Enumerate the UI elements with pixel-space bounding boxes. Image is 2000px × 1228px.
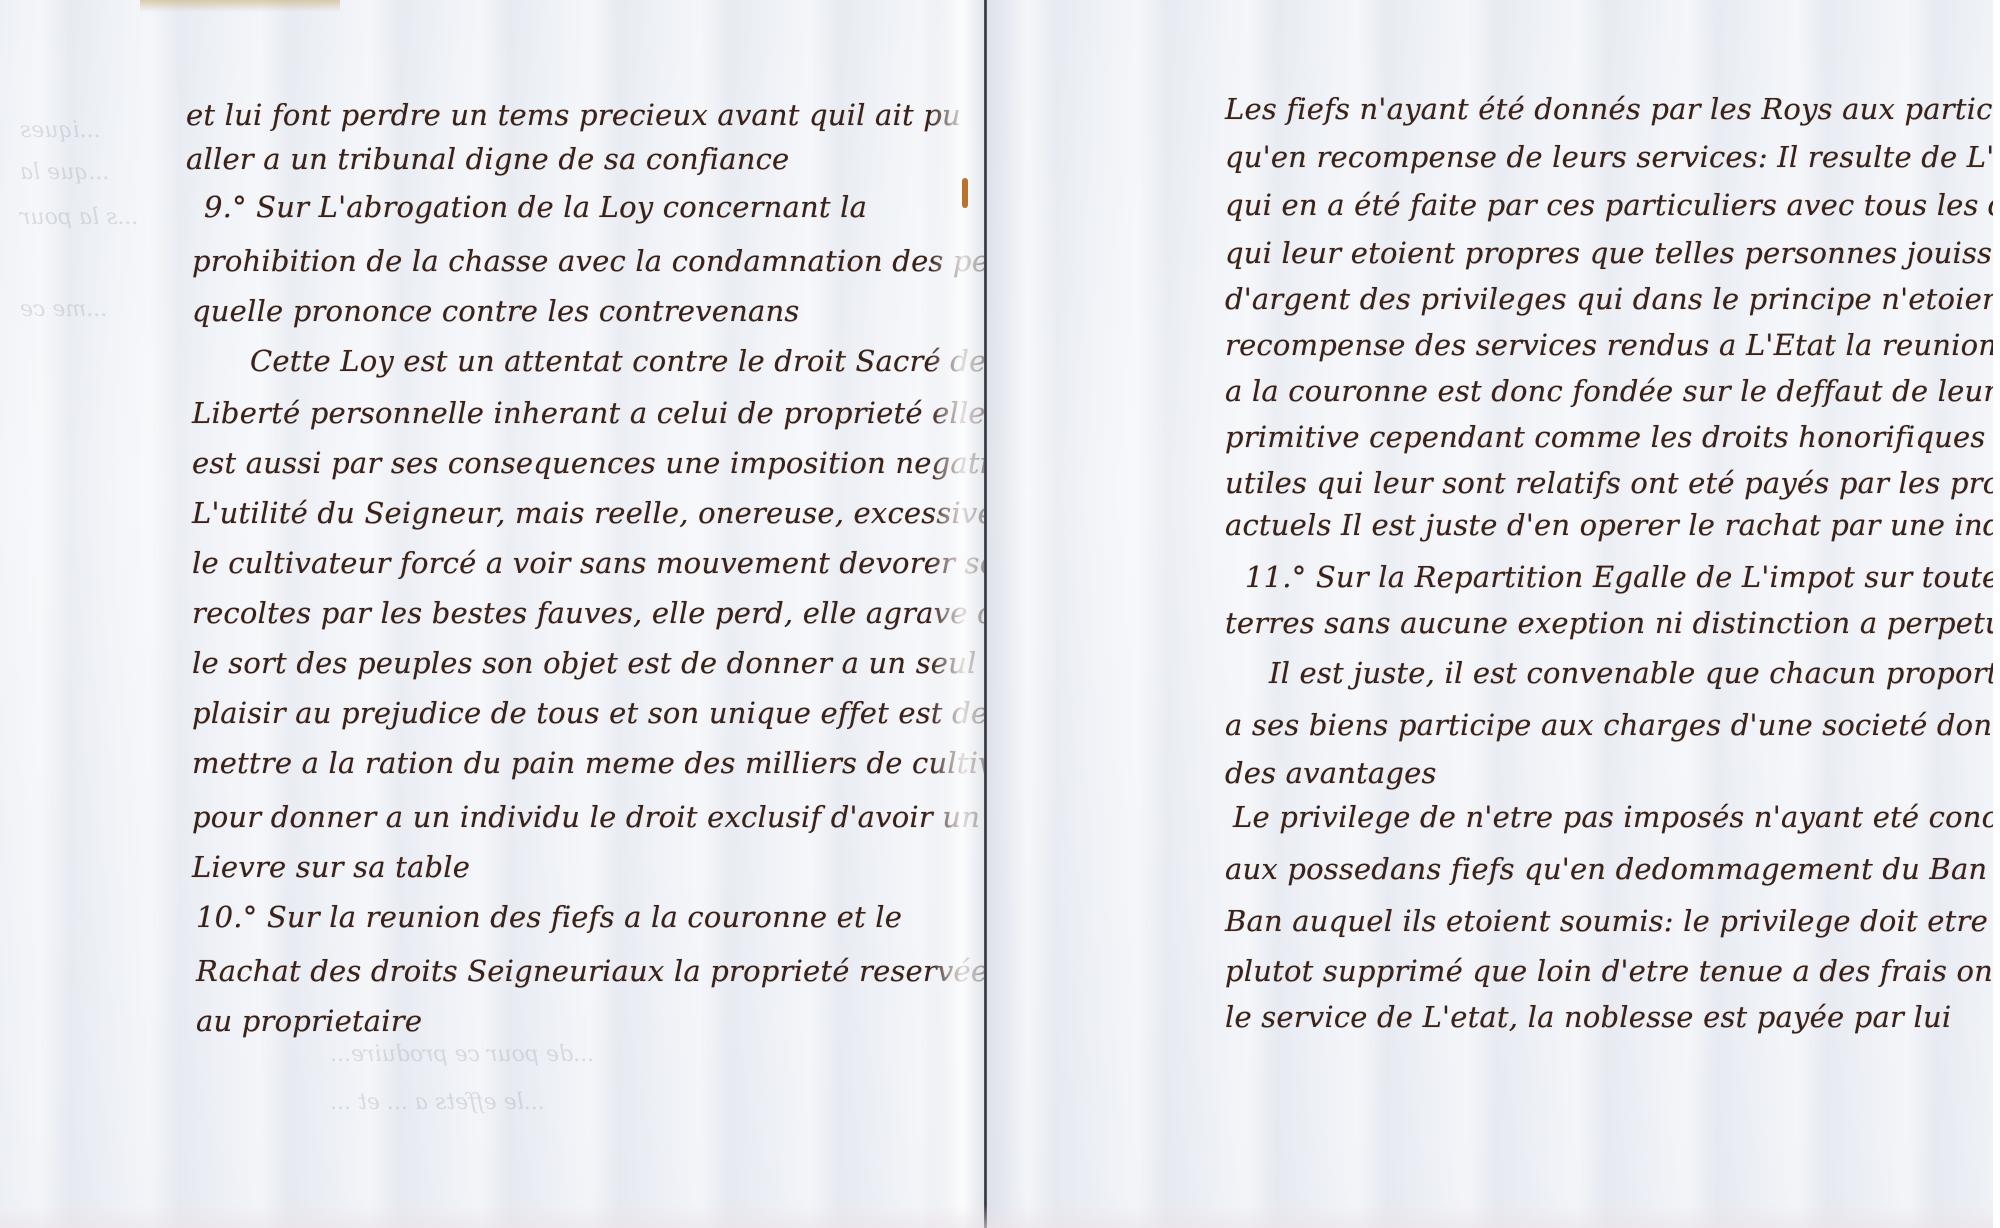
bleed-through-text: ...de pour ce produire...	[330, 1042, 594, 1067]
manuscript-line: terres sans aucune exeption ni distincti…	[1225, 606, 1993, 640]
fold-highlight	[930, 0, 984, 1228]
manuscript-line: d'argent des privileges qui dans le prin…	[1225, 282, 1993, 316]
manuscript-line: Liberté personnelle inherant a celui de …	[192, 396, 985, 430]
manuscript-line: L'utilité du Seigneur, mais reelle, oner…	[192, 496, 985, 530]
manuscript-line: le sort des peuples son objet est de don…	[192, 646, 985, 680]
rust-stain	[962, 178, 968, 208]
manuscript-line: aller a un tribunal digne de sa confianc…	[186, 142, 789, 176]
manuscript-line: quelle prononce contre les contrevenans	[192, 294, 799, 328]
bleed-through-text: ...le effets a ... et ...	[330, 1090, 545, 1115]
manuscript-line: mettre a la ration du pain meme des mill…	[192, 746, 985, 780]
manuscript-line: plutot supprimé que loin d'etre tenue a …	[1225, 954, 1993, 988]
manuscript-line: a la couronne est donc fondée sur le def…	[1225, 374, 1993, 408]
section-heading-9: 9.° Sur L'abrogation de la Loy concernan…	[204, 190, 867, 224]
paper-stain	[140, 0, 340, 12]
section-heading-10: 10.° Sur la reunion des fiefs a la couro…	[196, 900, 902, 934]
manuscript-line: le service de L'etat, la noblesse est pa…	[1225, 1000, 1951, 1034]
paragraph-start: Il est juste, il est convenable que chac…	[1269, 656, 1993, 690]
bleed-through-text: ...me ce	[20, 297, 107, 322]
manuscript-line: Rachat des droits Seigneuriaux la propri…	[196, 954, 985, 988]
manuscript-line: Ban auquel ils etoient soumis: le privil…	[1225, 904, 1993, 938]
manuscript-line: recoltes par les bestes fauves, elle per…	[192, 596, 985, 630]
paper-bottom-edge	[0, 1205, 1993, 1228]
fold-shadow	[987, 0, 1027, 1228]
manuscript-line: et lui font perdre un tems precieux avan…	[186, 98, 961, 132]
manuscript-line: qu'en recompense de leurs services: Il r…	[1225, 140, 1993, 174]
manuscript-line: prohibition de la chasse avec la condamn…	[192, 244, 985, 278]
bleed-through-text: ...que la	[20, 160, 109, 185]
manuscript-line: plaisir au prejudice de tous et son uniq…	[192, 696, 985, 730]
manuscript-line: utiles qui leur sont relatifs ont eté pa…	[1225, 466, 1993, 500]
page-edge	[1993, 0, 2000, 1228]
manuscript-line: Lievre sur sa table	[192, 850, 470, 884]
bleed-through-text: ...s la pour	[20, 205, 138, 230]
manuscript-line: est aussi par ses consequences une impos…	[192, 446, 985, 480]
manuscript-line: qui en a été faite par ces particuliers …	[1225, 188, 1993, 222]
manuscript-line: au proprietaire	[196, 1004, 422, 1038]
manuscript-line: pour donner a un individu le droit exclu…	[192, 800, 980, 834]
manuscript-spread: ...iques ...que la ...s la pour ...me ce…	[0, 0, 2000, 1228]
paragraph-start: Le privilege de n'etre pas imposés n'aya…	[1233, 800, 1993, 834]
right-page: Les fiefs n'ayant été donnés par les Roy…	[987, 0, 1993, 1228]
paragraph-start: Cette Loy est un attentat contre le droi…	[250, 344, 985, 378]
left-page: ...iques ...que la ...s la pour ...me ce…	[0, 0, 985, 1228]
manuscript-line: recompense des services rendus a L'Etat …	[1225, 328, 1993, 362]
manuscript-line: le cultivateur forcé a voir sans mouveme…	[192, 546, 985, 580]
manuscript-line: Les fiefs n'ayant été donnés par les Roy…	[1225, 92, 1993, 126]
section-heading-11: 11.° Sur la Repartition Egalle de L'impo…	[1245, 560, 1993, 594]
manuscript-line: aux possedans fiefs qu'en dedommagement …	[1225, 852, 1993, 886]
manuscript-line: des avantages	[1225, 756, 1437, 790]
bleed-through-text: ...iques	[20, 118, 101, 143]
manuscript-line: primitive cependant comme les droits hon…	[1225, 420, 1993, 454]
manuscript-line: actuels Il est juste d'en operer le rach…	[1225, 508, 1993, 542]
manuscript-line: qui leur etoient propres que telles pers…	[1225, 236, 1993, 270]
manuscript-line: a ses biens participe aux charges d'une …	[1225, 708, 1993, 742]
